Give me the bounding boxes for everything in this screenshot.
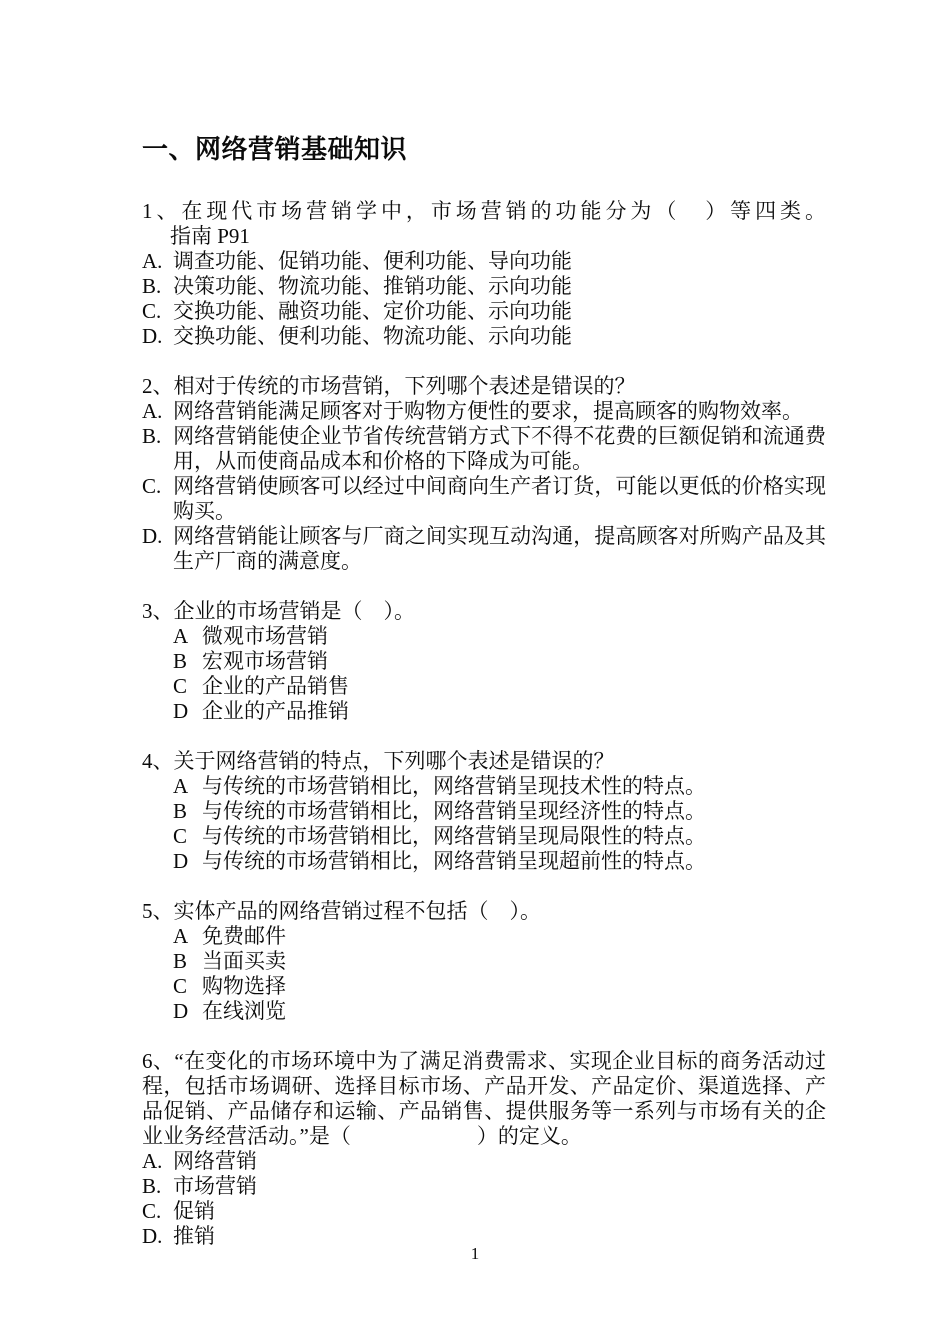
option-row: A.网络营销能满足顾客对于购物方便性的要求，提高顾客的购物效率。 (142, 399, 826, 424)
option-row: D与传统的市场营销相比，网络营销呈现超前性的特点。 (142, 849, 826, 874)
option-marker: A (173, 924, 202, 949)
question-number: 3、 (142, 599, 174, 623)
option-marker: D. (142, 524, 173, 549)
option-row: A与传统的市场营销相比，网络营销呈现技术性的特点。 (142, 774, 826, 799)
option-text: 网络营销能使企业节省传统营销方式下不得不花费的巨额促销和流通费用，从而使商品成本… (173, 424, 826, 473)
document-content: 一、网络营销基础知识 1、在现代市场营销学中，市场营销的功能分为（ ）等四类。指… (142, 133, 826, 1274)
question-stem: 6、“在变化的市场环境中为了满足消费需求、实现企业目标的商务活动过程，包括市场调… (142, 1049, 826, 1149)
option-row: D.网络营销能让顾客与厂商之间实现互动沟通，提高顾客对所购产品及其生产厂商的满意… (142, 524, 826, 574)
option-text: 网络营销 (173, 1149, 257, 1173)
question-number: 6、 (142, 1049, 174, 1073)
question-number: 2、 (142, 374, 174, 398)
option-text: 免费邮件 (202, 924, 286, 948)
option-marker: A (173, 774, 202, 799)
question-block-5: 5、实体产品的网络营销过程不包括（ ）。 A免费邮件 B当面买卖 C购物选择 D… (142, 899, 826, 1024)
question-text: 在现代市场营销学中，市场营销的功能分为（ ）等四类。 (181, 199, 826, 223)
option-row: D企业的产品推销 (142, 699, 826, 724)
option-marker: B. (142, 1174, 173, 1199)
question-block-4: 4、关于网络营销的特点，下列哪个表述是错误的？ A与传统的市场营销相比，网络营销… (142, 749, 826, 874)
question-stem: 3、企业的市场营销是（ ）。 (142, 599, 826, 624)
option-row: A免费邮件 (142, 924, 826, 949)
option-text: 网络营销使顾客可以经过中间商向生产者订货，可能以更低的价格实现购买。 (173, 474, 826, 523)
question-block-6: 6、“在变化的市场环境中为了满足消费需求、实现企业目标的商务活动过程，包括市场调… (142, 1049, 826, 1249)
option-text: 网络营销能让顾客与厂商之间实现互动沟通，提高顾客对所购产品及其生产厂商的满意度。 (173, 524, 826, 573)
option-text: 与传统的市场营销相比，网络营销呈现局限性的特点。 (202, 824, 706, 848)
option-marker: D (173, 699, 202, 724)
option-text: 与传统的市场营销相比，网络营销呈现超前性的特点。 (202, 849, 706, 873)
option-text: 企业的产品推销 (202, 699, 349, 723)
section-title: 一、网络营销基础知识 (142, 133, 826, 166)
option-row: C购物选择 (142, 974, 826, 999)
option-marker: B. (142, 424, 173, 449)
option-row: A.网络营销 (142, 1149, 826, 1174)
option-row: B.市场营销 (142, 1174, 826, 1199)
question-stem: 5、实体产品的网络营销过程不包括（ ）。 (142, 899, 826, 924)
document-page: 一、网络营销基础知识 1、在现代市场营销学中，市场营销的功能分为（ ）等四类。指… (0, 0, 950, 1344)
question-block-1: 1、在现代市场营销学中，市场营销的功能分为（ ）等四类。指南 P91 A.调查功… (142, 199, 826, 349)
option-marker: C. (142, 1199, 173, 1224)
option-marker: C. (142, 299, 173, 324)
option-marker: B (173, 799, 202, 824)
option-row: B宏观市场营销 (142, 649, 826, 674)
option-text: 微观市场营销 (202, 624, 328, 648)
option-row: B.决策功能、物流功能、推销功能、示向功能 (142, 274, 826, 299)
option-row: D.交换功能、便利功能、物流功能、示向功能 (142, 324, 826, 349)
option-text: 购物选择 (202, 974, 286, 998)
option-row: B.网络营销能使企业节省传统营销方式下不得不花费的巨额促销和流通费用，从而使商品… (142, 424, 826, 474)
option-row: C.交换功能、融资功能、定价功能、示向功能 (142, 299, 826, 324)
option-row: B与传统的市场营销相比，网络营销呈现经济性的特点。 (142, 799, 826, 824)
option-marker: A. (142, 399, 173, 424)
question-text: 实体产品的网络营销过程不包括（ ）。 (174, 899, 542, 923)
option-row: D在线浏览 (142, 999, 826, 1024)
option-row: C.网络营销使顾客可以经过中间商向生产者订货，可能以更低的价格实现购买。 (142, 474, 826, 524)
option-row: A微观市场营销 (142, 624, 826, 649)
option-marker: B (173, 649, 202, 674)
option-row: C企业的产品销售 (142, 674, 826, 699)
option-marker: D. (142, 324, 173, 349)
question-stem: 1、在现代市场营销学中，市场营销的功能分为（ ）等四类。指南 P91 (142, 199, 826, 249)
option-marker: A (173, 624, 202, 649)
question-stem: 2、相对于传统的市场营销，下列哪个表述是错误的？ (142, 374, 826, 399)
option-marker: C (173, 974, 202, 999)
option-marker: C (173, 824, 202, 849)
option-text: 网络营销能满足顾客对于购物方便性的要求，提高顾客的购物效率。 (173, 399, 803, 423)
question-number: 4、 (142, 749, 174, 773)
question-stem: 4、关于网络营销的特点，下列哪个表述是错误的？ (142, 749, 826, 774)
option-text: 与传统的市场营销相比，网络营销呈现经济性的特点。 (202, 799, 706, 823)
question-text: “在变化的市场环境中为了满足消费需求、实现企业目标的商务活动过程，包括市场调研、… (142, 1049, 826, 1148)
option-marker: C. (142, 474, 173, 499)
option-row: B当面买卖 (142, 949, 826, 974)
option-text: 当面买卖 (202, 949, 286, 973)
option-text: 与传统的市场营销相比，网络营销呈现技术性的特点。 (202, 774, 706, 798)
option-marker: B (173, 949, 202, 974)
question-block-3: 3、企业的市场营销是（ ）。 A微观市场营销 B宏观市场营销 C企业的产品销售 … (142, 599, 826, 724)
question-text: 关于网络营销的特点，下列哪个表述是错误的？ (174, 749, 615, 773)
option-marker: C (173, 674, 202, 699)
option-row: C与传统的市场营销相比，网络营销呈现局限性的特点。 (142, 824, 826, 849)
option-text: 企业的产品销售 (202, 674, 349, 698)
option-text: 调查功能、促销功能、便利功能、导向功能 (173, 249, 572, 273)
question-block-2: 2、相对于传统的市场营销，下列哪个表述是错误的？ A.网络营销能满足顾客对于购物… (142, 374, 826, 574)
option-marker: D (173, 999, 202, 1024)
option-marker: A. (142, 249, 173, 274)
option-text: 促销 (173, 1199, 215, 1223)
option-text: 宏观市场营销 (202, 649, 328, 673)
option-row: A.调查功能、促销功能、便利功能、导向功能 (142, 249, 826, 274)
option-marker: B. (142, 274, 173, 299)
option-marker: D (173, 849, 202, 874)
option-text: 市场营销 (173, 1174, 257, 1198)
reference-note: 指南 P91 (170, 224, 250, 248)
option-row: C.促销 (142, 1199, 826, 1224)
option-text: 在线浏览 (202, 999, 286, 1023)
question-number: 5、 (142, 899, 174, 923)
page-number: 1 (0, 1243, 950, 1264)
option-text: 交换功能、便利功能、物流功能、示向功能 (173, 324, 572, 348)
option-text: 交换功能、融资功能、定价功能、示向功能 (173, 299, 572, 323)
question-text: 相对于传统的市场营销，下列哪个表述是错误的？ (174, 374, 636, 398)
option-marker: A. (142, 1149, 173, 1174)
option-text: 决策功能、物流功能、推销功能、示向功能 (173, 274, 572, 298)
question-text: 企业的市场营销是（ ）。 (174, 599, 416, 623)
question-number: 1、 (142, 199, 181, 223)
